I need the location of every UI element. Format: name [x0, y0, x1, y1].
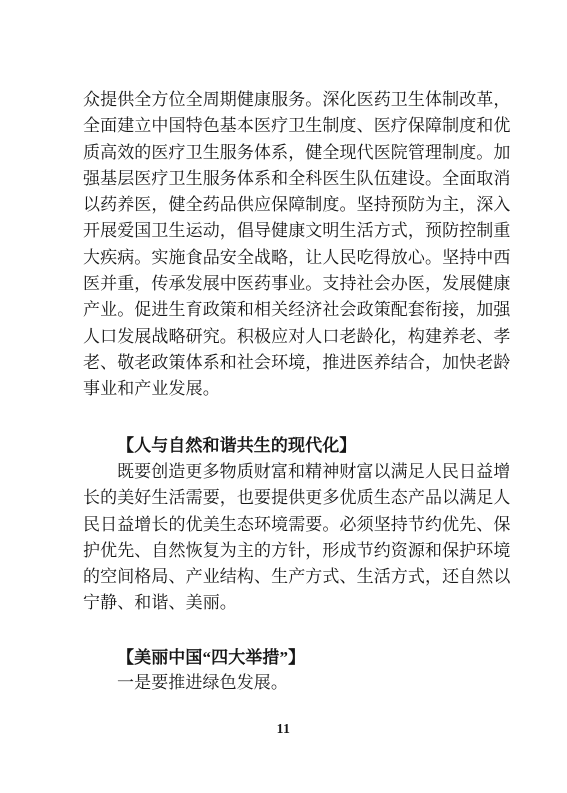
text-line: 全面建立中国特色基本医疗卫生制度、医疗保障制度和优: [83, 113, 535, 139]
text-line: 民日益增长的优美生态环境需要。必须坚持节约优先、保: [83, 512, 535, 538]
page-number: 11: [0, 721, 567, 737]
paragraph-health-services: 众提供全方位全周期健康服务。深化医药卫生体制改革，全面建立中国特色基本医疗卫生制…: [83, 87, 535, 403]
text-line: 开展爱国卫生运动，倡导健康文明生活方式，预防控制重: [83, 218, 535, 244]
heading-harmony-nature: 【人与自然和谐共生的现代化】: [83, 433, 535, 459]
text-line: 以药养医，健全药品供应保障制度。坚持预防为主，深入: [83, 192, 535, 218]
text-line: 事业和产业发展。: [83, 376, 535, 402]
text-line: 强基层医疗卫生服务体系和全科医生队伍建设。全面取消: [83, 166, 535, 192]
text-line: 产业。促进生育政策和相关经济社会政策配套衔接，加强: [83, 297, 535, 323]
text-line: 人口发展战略研究。积极应对人口老龄化，构建养老、孝: [83, 324, 535, 350]
heading-beautiful-china: 【美丽中国“四大举措”】: [83, 645, 535, 671]
item-green-development-text: 一是要推进绿色发展。: [83, 670, 535, 696]
item-green-development: 一是要推进绿色发展。: [83, 670, 535, 696]
text-line: 护优先、自然恢复为主的方针，形成节约资源和保护环境: [83, 538, 535, 564]
paragraph-ecology: 既要创造更多物质财富和精神财富以满足人民日益增长的美好生活需要，也要提供更多优质…: [83, 459, 535, 617]
document-page: 众提供全方位全周期健康服务。深化医药卫生体制改革，全面建立中国特色基本医疗卫生制…: [0, 0, 567, 793]
text-line: 长的美好生活需要，也要提供更多优质生态产品以满足人: [83, 485, 535, 511]
text-line: 的空间格局、产业结构、生产方式、生活方式，还自然以: [83, 564, 535, 590]
text-line: 医并重，传承发展中医药事业。支持社会办医，发展健康: [83, 271, 535, 297]
text-line: 大疾病。实施食品安全战略，让人民吃得放心。坚持中西: [83, 245, 535, 271]
text-line: 宁静、和谐、美丽。: [83, 590, 535, 616]
text-line: 众提供全方位全周期健康服务。深化医药卫生体制改革，: [83, 87, 535, 113]
heading-beautiful-china-text: 【美丽中国“四大举措”】: [83, 645, 535, 671]
text-line: 老、敬老政策体系和社会环境，推进医养结合，加快老龄: [83, 350, 535, 376]
text-line: 既要创造更多物质财富和精神财富以满足人民日益增: [83, 459, 535, 485]
text-line: 质高效的医疗卫生服务体系，健全现代医院管理制度。加: [83, 140, 535, 166]
heading-harmony-nature-text: 【人与自然和谐共生的现代化】: [83, 433, 535, 459]
